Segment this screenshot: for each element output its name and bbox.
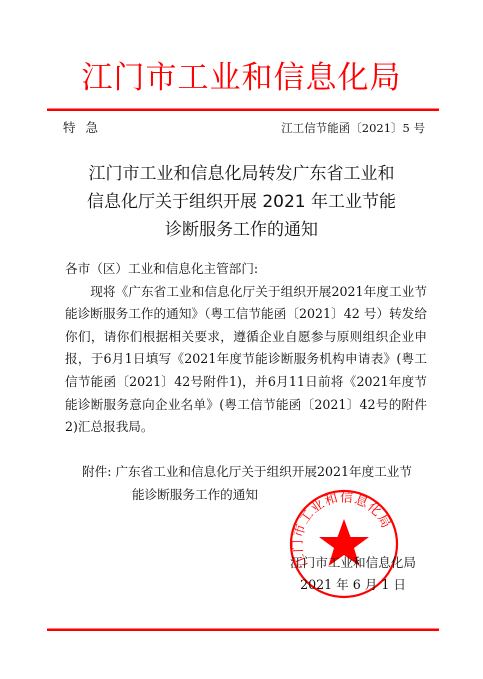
document-body: 各市（区）工业和信息化主管部门: 现将《广东省工业和信息化厅关于组织开展2021… — [65, 258, 427, 439]
signature-organization: 江门市工业和信息化局 — [268, 552, 438, 574]
urgency-label: 特急 — [63, 119, 108, 137]
headline-line: 诊断服务工作的通知 — [0, 216, 483, 244]
organization-title: 江门市工业和信息化局 — [0, 56, 483, 100]
body-paragraph: 现将《广东省工业和信息化厅关于组织开展2021年度工业节能诊断服务工作的通知》（… — [65, 281, 427, 439]
footer-divider — [47, 628, 439, 631]
document-headline: 江门市工业和信息化局转发广东省工业和 信息化厅关于组织开展 2021 年工业节能… — [0, 160, 483, 244]
signature-block: 江门市工业和信息化局 2021 年 6 月 1 日 — [268, 552, 438, 596]
attachment-title-line1: 广东省工业和信息化厅关于组织开展2021年度工业节 — [115, 464, 412, 479]
document-number: 江工信节能函〔2021〕5 号 — [281, 119, 425, 137]
attachment-label: 附件: — [82, 464, 111, 479]
header-divider — [47, 108, 439, 111]
headline-line: 江门市工业和信息化局转发广东省工业和 — [0, 160, 483, 188]
salutation: 各市（区）工业和信息化主管部门: — [65, 258, 427, 281]
headline-line: 信息化厅关于组织开展 2021 年工业节能 — [0, 188, 483, 216]
signature-date: 2021 年 6 月 1 日 — [268, 574, 438, 596]
